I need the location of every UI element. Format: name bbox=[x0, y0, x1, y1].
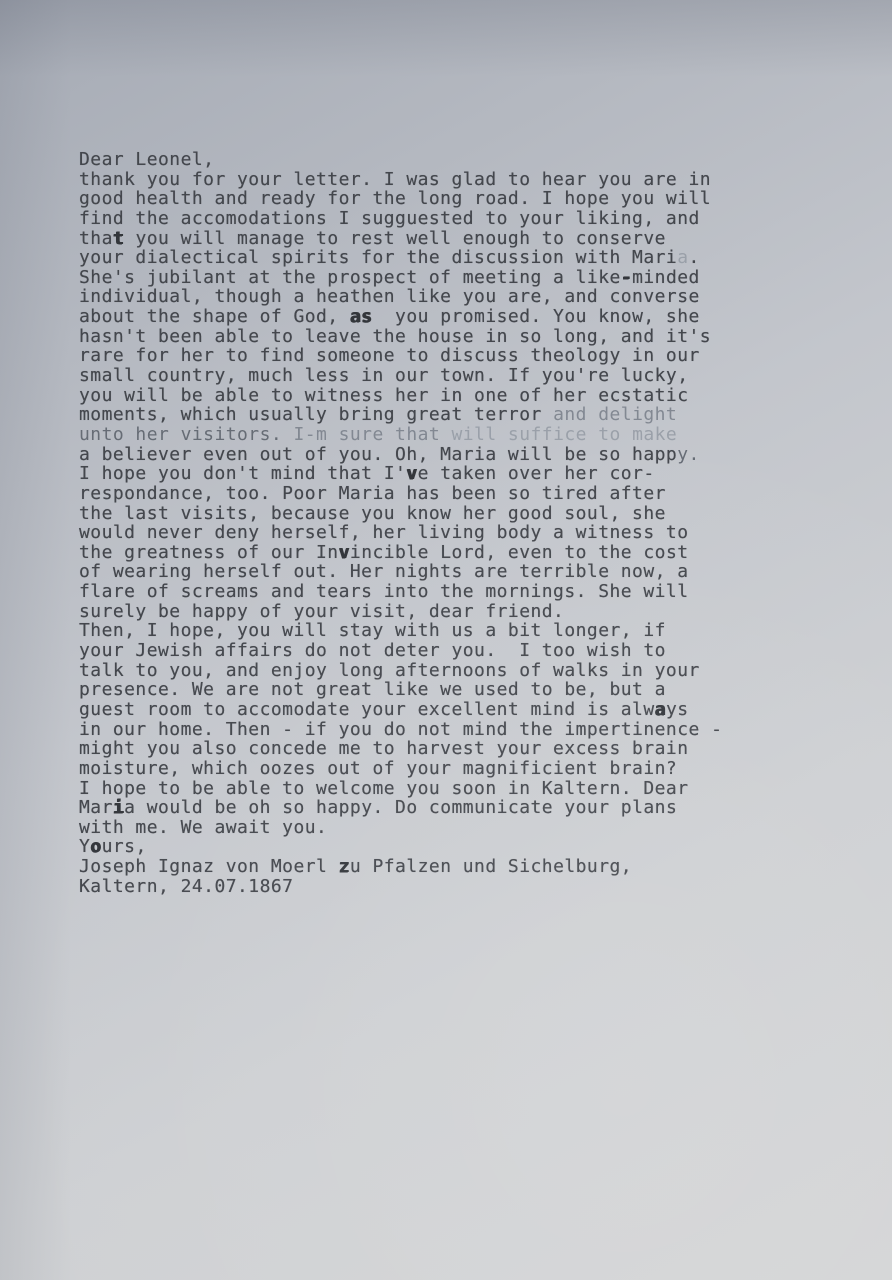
overstruck-text: a bbox=[655, 699, 666, 720]
letter-body: Dear Leonel,thank you for your letter. I… bbox=[79, 150, 839, 896]
overstruck-text: as bbox=[350, 306, 373, 327]
overstruck-text: v bbox=[406, 463, 417, 484]
letter-text: e taken over her cor- bbox=[418, 463, 655, 484]
faded-text: will suffice to make bbox=[451, 424, 677, 445]
letter-line: good health and ready for the long road.… bbox=[79, 189, 839, 209]
letter-line: flare of screams and tears into the morn… bbox=[79, 582, 839, 602]
letter-line: rare for her to find someone to discuss … bbox=[79, 346, 839, 366]
letter-text: presence. We are not great like we used … bbox=[79, 679, 666, 700]
overstruck-text: v bbox=[339, 542, 350, 563]
letter-text: of wearing herself out. Her nights are t… bbox=[79, 561, 689, 582]
letter-text: urs, bbox=[102, 836, 147, 857]
letter-text: rare for her to find someone to discuss … bbox=[79, 345, 700, 366]
overstruck-text: i bbox=[113, 797, 124, 818]
letter-line: surely be happy of your visit, dear frie… bbox=[79, 602, 839, 622]
letter-text: She's jubilant at the prospect of meetin… bbox=[79, 267, 621, 288]
letter-text: ys bbox=[666, 699, 689, 720]
faded-text: unto her visitors. bbox=[79, 424, 293, 445]
letter-line: the last visits, because you know her go… bbox=[79, 504, 839, 524]
letter-text: a would be oh so happy. Do communicate y… bbox=[124, 797, 677, 818]
letter-line: moisture, which oozes out of your magnif… bbox=[79, 759, 839, 779]
letter-text: incible Lord, even to the cost bbox=[350, 542, 689, 563]
letter-text: you will be able to witness her in one o… bbox=[79, 385, 689, 406]
letter-line: Dear Leonel, bbox=[79, 150, 839, 170]
letter-text: tha bbox=[79, 228, 113, 249]
letter-line: might you also concede me to harvest you… bbox=[79, 739, 839, 759]
letter-text: would never deny herself, her living bod… bbox=[79, 522, 689, 543]
letter-line: the greatness of our Invincible Lord, ev… bbox=[79, 543, 839, 563]
letter-line: find the accomodations I sugguested to y… bbox=[79, 209, 839, 229]
letter-line: of wearing herself out. Her nights are t… bbox=[79, 562, 839, 582]
letter-line: I hope to be able to welcome you soon in… bbox=[79, 779, 839, 799]
letter-text: moisture, which oozes out of your magnif… bbox=[79, 758, 677, 779]
overstruck-text: t bbox=[113, 228, 124, 249]
letter-line: She's jubilant at the prospect of meetin… bbox=[79, 268, 839, 288]
letter-line: about the shape of God, as you promised.… bbox=[79, 307, 839, 327]
letter-line: Then, I hope, you will stay with us a bi… bbox=[79, 621, 839, 641]
letter-text: moments, which usually bring great terro… bbox=[79, 404, 553, 425]
letter-text: thank you for your letter. I was glad to… bbox=[79, 169, 711, 190]
letter-text: Kaltern, 24.07.1867 bbox=[79, 876, 293, 897]
letter-text: find the accomodations I sugguested to y… bbox=[79, 208, 700, 229]
letter-line: would never deny herself, her living bod… bbox=[79, 523, 839, 543]
letter-text: I hope to be able to welcome you soon in… bbox=[79, 778, 689, 799]
letter-text: hasn't been able to leave the house in s… bbox=[79, 326, 711, 347]
letter-text: Then, I hope, you will stay with us a bi… bbox=[79, 620, 666, 641]
letter-text: surely be happy of your visit, dear frie… bbox=[79, 601, 564, 622]
letter-line: in our home. Then - if you do not mind t… bbox=[79, 720, 839, 740]
letter-text: a believer even out of you. Oh, Maria wi… bbox=[79, 444, 677, 465]
overstruck-text: - bbox=[621, 267, 632, 288]
letter-line: presence. We are not great like we used … bbox=[79, 680, 839, 700]
letter-line: Joseph Ignaz von Moerl zu Pfalzen und Si… bbox=[79, 857, 839, 877]
letter-line: moments, which usually bring great terro… bbox=[79, 405, 839, 425]
letter-text: good health and ready for the long road.… bbox=[79, 188, 711, 209]
letter-text: flare of screams and tears into the morn… bbox=[79, 581, 689, 602]
letter-text: individual, though a heathen like you ar… bbox=[79, 286, 700, 307]
overstruck-text: o bbox=[90, 836, 101, 857]
letter-text: Joseph Ignaz von Moerl bbox=[79, 856, 339, 877]
overstruck-text: z bbox=[339, 856, 350, 877]
letter-line: a believer even out of you. Oh, Maria wi… bbox=[79, 445, 839, 465]
letter-text: your Jewish affairs do not deter you. I … bbox=[79, 640, 666, 661]
letter-text: you promised. You know, she bbox=[372, 306, 699, 327]
letter-text: you will manage to rest well enough to c… bbox=[124, 228, 666, 249]
letter-line: thank you for your letter. I was glad to… bbox=[79, 170, 839, 190]
letter-text: u Pfalzen und Sichelburg, bbox=[350, 856, 632, 877]
letter-text: talk to you, and enjoy long afternoons o… bbox=[79, 660, 700, 681]
letter-text: your dialectical spirits for the discuss… bbox=[79, 247, 677, 268]
letter-line: with me. We await you. bbox=[79, 818, 839, 838]
letter-text: . bbox=[689, 247, 700, 268]
letter-text: in our home. Then - if you do not mind t… bbox=[79, 719, 722, 740]
letter-line: talk to you, and enjoy long afternoons o… bbox=[79, 661, 839, 681]
letter-text: respondance, too. Poor Maria has been so… bbox=[79, 483, 666, 504]
letter-text: minded bbox=[632, 267, 700, 288]
letter-paper: Dear Leonel,thank you for your letter. I… bbox=[0, 0, 892, 1280]
letter-text: the greatness of our In bbox=[79, 542, 339, 563]
letter-text: about the shape of God, bbox=[79, 306, 350, 327]
letter-text: guest room to accomodate your excellent … bbox=[79, 699, 655, 720]
letter-line: Maria would be oh so happy. Do communica… bbox=[79, 798, 839, 818]
faded-text: y. bbox=[677, 444, 700, 465]
letter-line: respondance, too. Poor Maria has been so… bbox=[79, 484, 839, 504]
letter-line: individual, though a heathen like you ar… bbox=[79, 287, 839, 307]
faded-text: I-m sure that bbox=[293, 424, 451, 445]
letter-line: I hope you don't mind that I've taken ov… bbox=[79, 464, 839, 484]
letter-line: Yours, bbox=[79, 837, 839, 857]
letter-text: might you also concede me to harvest you… bbox=[79, 738, 689, 759]
letter-text: with me. We await you. bbox=[79, 817, 327, 838]
letter-line: small country, much less in our town. If… bbox=[79, 366, 839, 386]
letter-line: your dialectical spirits for the discuss… bbox=[79, 248, 839, 268]
letter-text: small country, much less in our town. If… bbox=[79, 365, 689, 386]
letter-line: unto her visitors. I-m sure that will su… bbox=[79, 425, 839, 445]
letter-line: guest room to accomodate your excellent … bbox=[79, 700, 839, 720]
letter-line: that you will manage to rest well enough… bbox=[79, 229, 839, 249]
letter-text: Dear Leonel, bbox=[79, 149, 214, 170]
letter-text: Y bbox=[79, 836, 90, 857]
faded-text: and delight bbox=[553, 404, 677, 425]
faded-text: a bbox=[677, 247, 688, 268]
letter-text: Mar bbox=[79, 797, 113, 818]
letter-line: you will be able to witness her in one o… bbox=[79, 386, 839, 406]
letter-text: the last visits, because you know her go… bbox=[79, 503, 666, 524]
letter-line: your Jewish affairs do not deter you. I … bbox=[79, 641, 839, 661]
letter-line: Kaltern, 24.07.1867 bbox=[79, 877, 839, 897]
letter-line: hasn't been able to leave the house in s… bbox=[79, 327, 839, 347]
letter-text: I hope you don't mind that I' bbox=[79, 463, 406, 484]
